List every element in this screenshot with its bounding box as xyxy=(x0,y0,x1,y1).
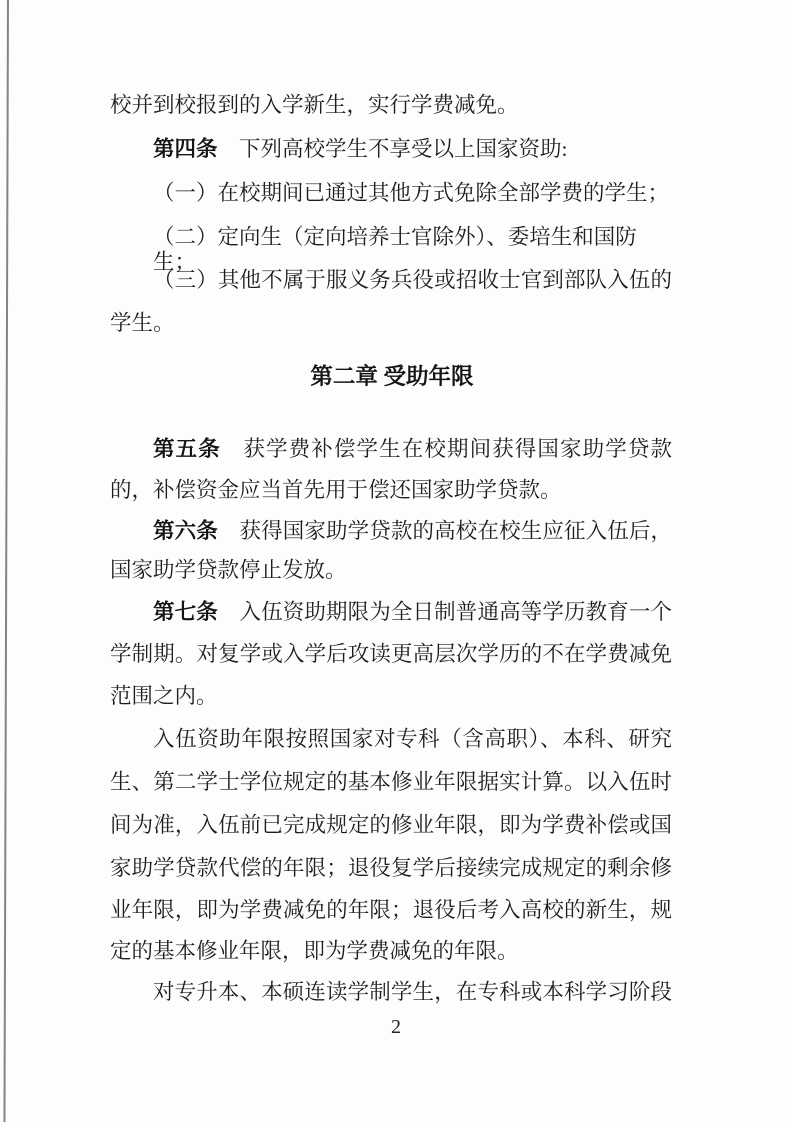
page-number: 2 xyxy=(0,1016,792,1039)
doc-line: 的，补偿资金应当首先用于偿还国家助学贷款。 xyxy=(110,478,672,503)
doc-line-article-4: 第四条 下列高校学生不享受以上国家资助: xyxy=(110,137,672,162)
line-text: 范围之内。 xyxy=(110,684,218,708)
doc-line-item-3: （三）其他不属于服义务兵役或招收士官到部队入伍的 xyxy=(110,268,672,293)
doc-line-item-1: （一）在校期间已通过其他方式免除全部学费的学生； xyxy=(110,181,672,206)
doc-line-article-7: 第七条 入伍资助期限为全日制普通高等学历教育一个 xyxy=(110,600,672,625)
article-number-label: 第四条 xyxy=(153,137,218,161)
line-text: 获得国家助学贷款的高校在校生应征入伍后， xyxy=(218,519,672,543)
doc-line: 生、第二学士学位规定的基本修业年限据实计算。以入伍时 xyxy=(110,770,672,795)
line-text: 的，补偿资金应当首先用于偿还国家助学贷款。 xyxy=(110,478,562,502)
line-text: 定的基本修业年限，即为学费减免的年限。 xyxy=(110,939,519,963)
doc-line-article-6: 第六条 获得国家助学贷款的高校在校生应征入伍后， xyxy=(110,519,672,544)
doc-line: 业年限，即为学费减免的年限；退役后考入高校的新生，规 xyxy=(110,898,672,923)
line-text: 对专升本、本硕连读学制学生，在专科或本科学习阶段 xyxy=(153,980,672,1004)
doc-line: 入伍资助年限按照国家对专科（含高职）、本科、研究 xyxy=(110,727,672,752)
doc-line: 定的基本修业年限，即为学费减免的年限。 xyxy=(110,939,672,964)
line-text: 学生。 xyxy=(110,311,175,335)
doc-line: 学制期。对复学或入学后攻读更高层次学历的不在学费减免 xyxy=(110,642,672,667)
chapter-heading: 第二章 受助年限 xyxy=(0,359,784,391)
line-text: （二）定向生（定向培养士官除外）、委培生和国防生； xyxy=(153,225,637,274)
line-text: 业年限，即为学费减免的年限；退役后考入高校的新生，规 xyxy=(110,898,672,922)
doc-line: 范围之内。 xyxy=(110,684,672,709)
line-text: 间为准，入伍前已完成规定的修业年限，即为学费补偿或国 xyxy=(110,813,672,837)
doc-line: 家助学贷款代偿的年限；退役复学后接续完成规定的剩余修 xyxy=(110,856,672,881)
line-text: （三）其他不属于服义务兵役或招收士官到部队入伍的 xyxy=(153,268,672,292)
doc-line: 国家助学贷款停止发放。 xyxy=(110,558,672,583)
line-text: 家助学贷款代偿的年限；退役复学后接续完成规定的剩余修 xyxy=(110,856,672,880)
doc-line: 校并到校报到的入学新生，实行学费减免。 xyxy=(110,93,672,118)
doc-line: 对专升本、本硕连读学制学生，在专科或本科学习阶段 xyxy=(110,980,672,1005)
scan-artifact-line xyxy=(3,0,8,1122)
line-text: 下列高校学生不享受以上国家资助: xyxy=(218,137,568,161)
article-number-label: 第六条 xyxy=(153,519,218,543)
line-text: 校并到校报到的入学新生，实行学费减免。 xyxy=(110,93,519,117)
line-text: 入伍资助期限为全日制普通高等学历教育一个 xyxy=(218,600,672,624)
article-number-label: 第五条 xyxy=(153,437,221,461)
line-text: 国家助学贷款停止发放。 xyxy=(110,558,347,582)
doc-line: 间为准，入伍前已完成规定的修业年限，即为学费补偿或国 xyxy=(110,813,672,838)
line-text: 获学费补偿学生在校期间获得国家助学贷款 xyxy=(221,437,672,461)
line-text: 学制期。对复学或入学后攻读更高层次学历的不在学费减免 xyxy=(110,642,672,666)
line-text: 生、第二学士学位规定的基本修业年限据实计算。以入伍时 xyxy=(110,770,672,794)
article-number-label: 第七条 xyxy=(153,600,218,624)
line-text: （一）在校期间已通过其他方式免除全部学费的学生； xyxy=(153,181,669,205)
doc-line: 学生。 xyxy=(110,311,672,336)
doc-line-article-5: 第五条 获学费补偿学生在校期间获得国家助学贷款 xyxy=(110,437,672,462)
scanned-document-page: 校并到校报到的入学新生，实行学费减免。 第四条 下列高校学生不享受以上国家资助:… xyxy=(0,0,792,1122)
line-text: 入伍资助年限按照国家对专科（含高职）、本科、研究 xyxy=(153,727,672,751)
